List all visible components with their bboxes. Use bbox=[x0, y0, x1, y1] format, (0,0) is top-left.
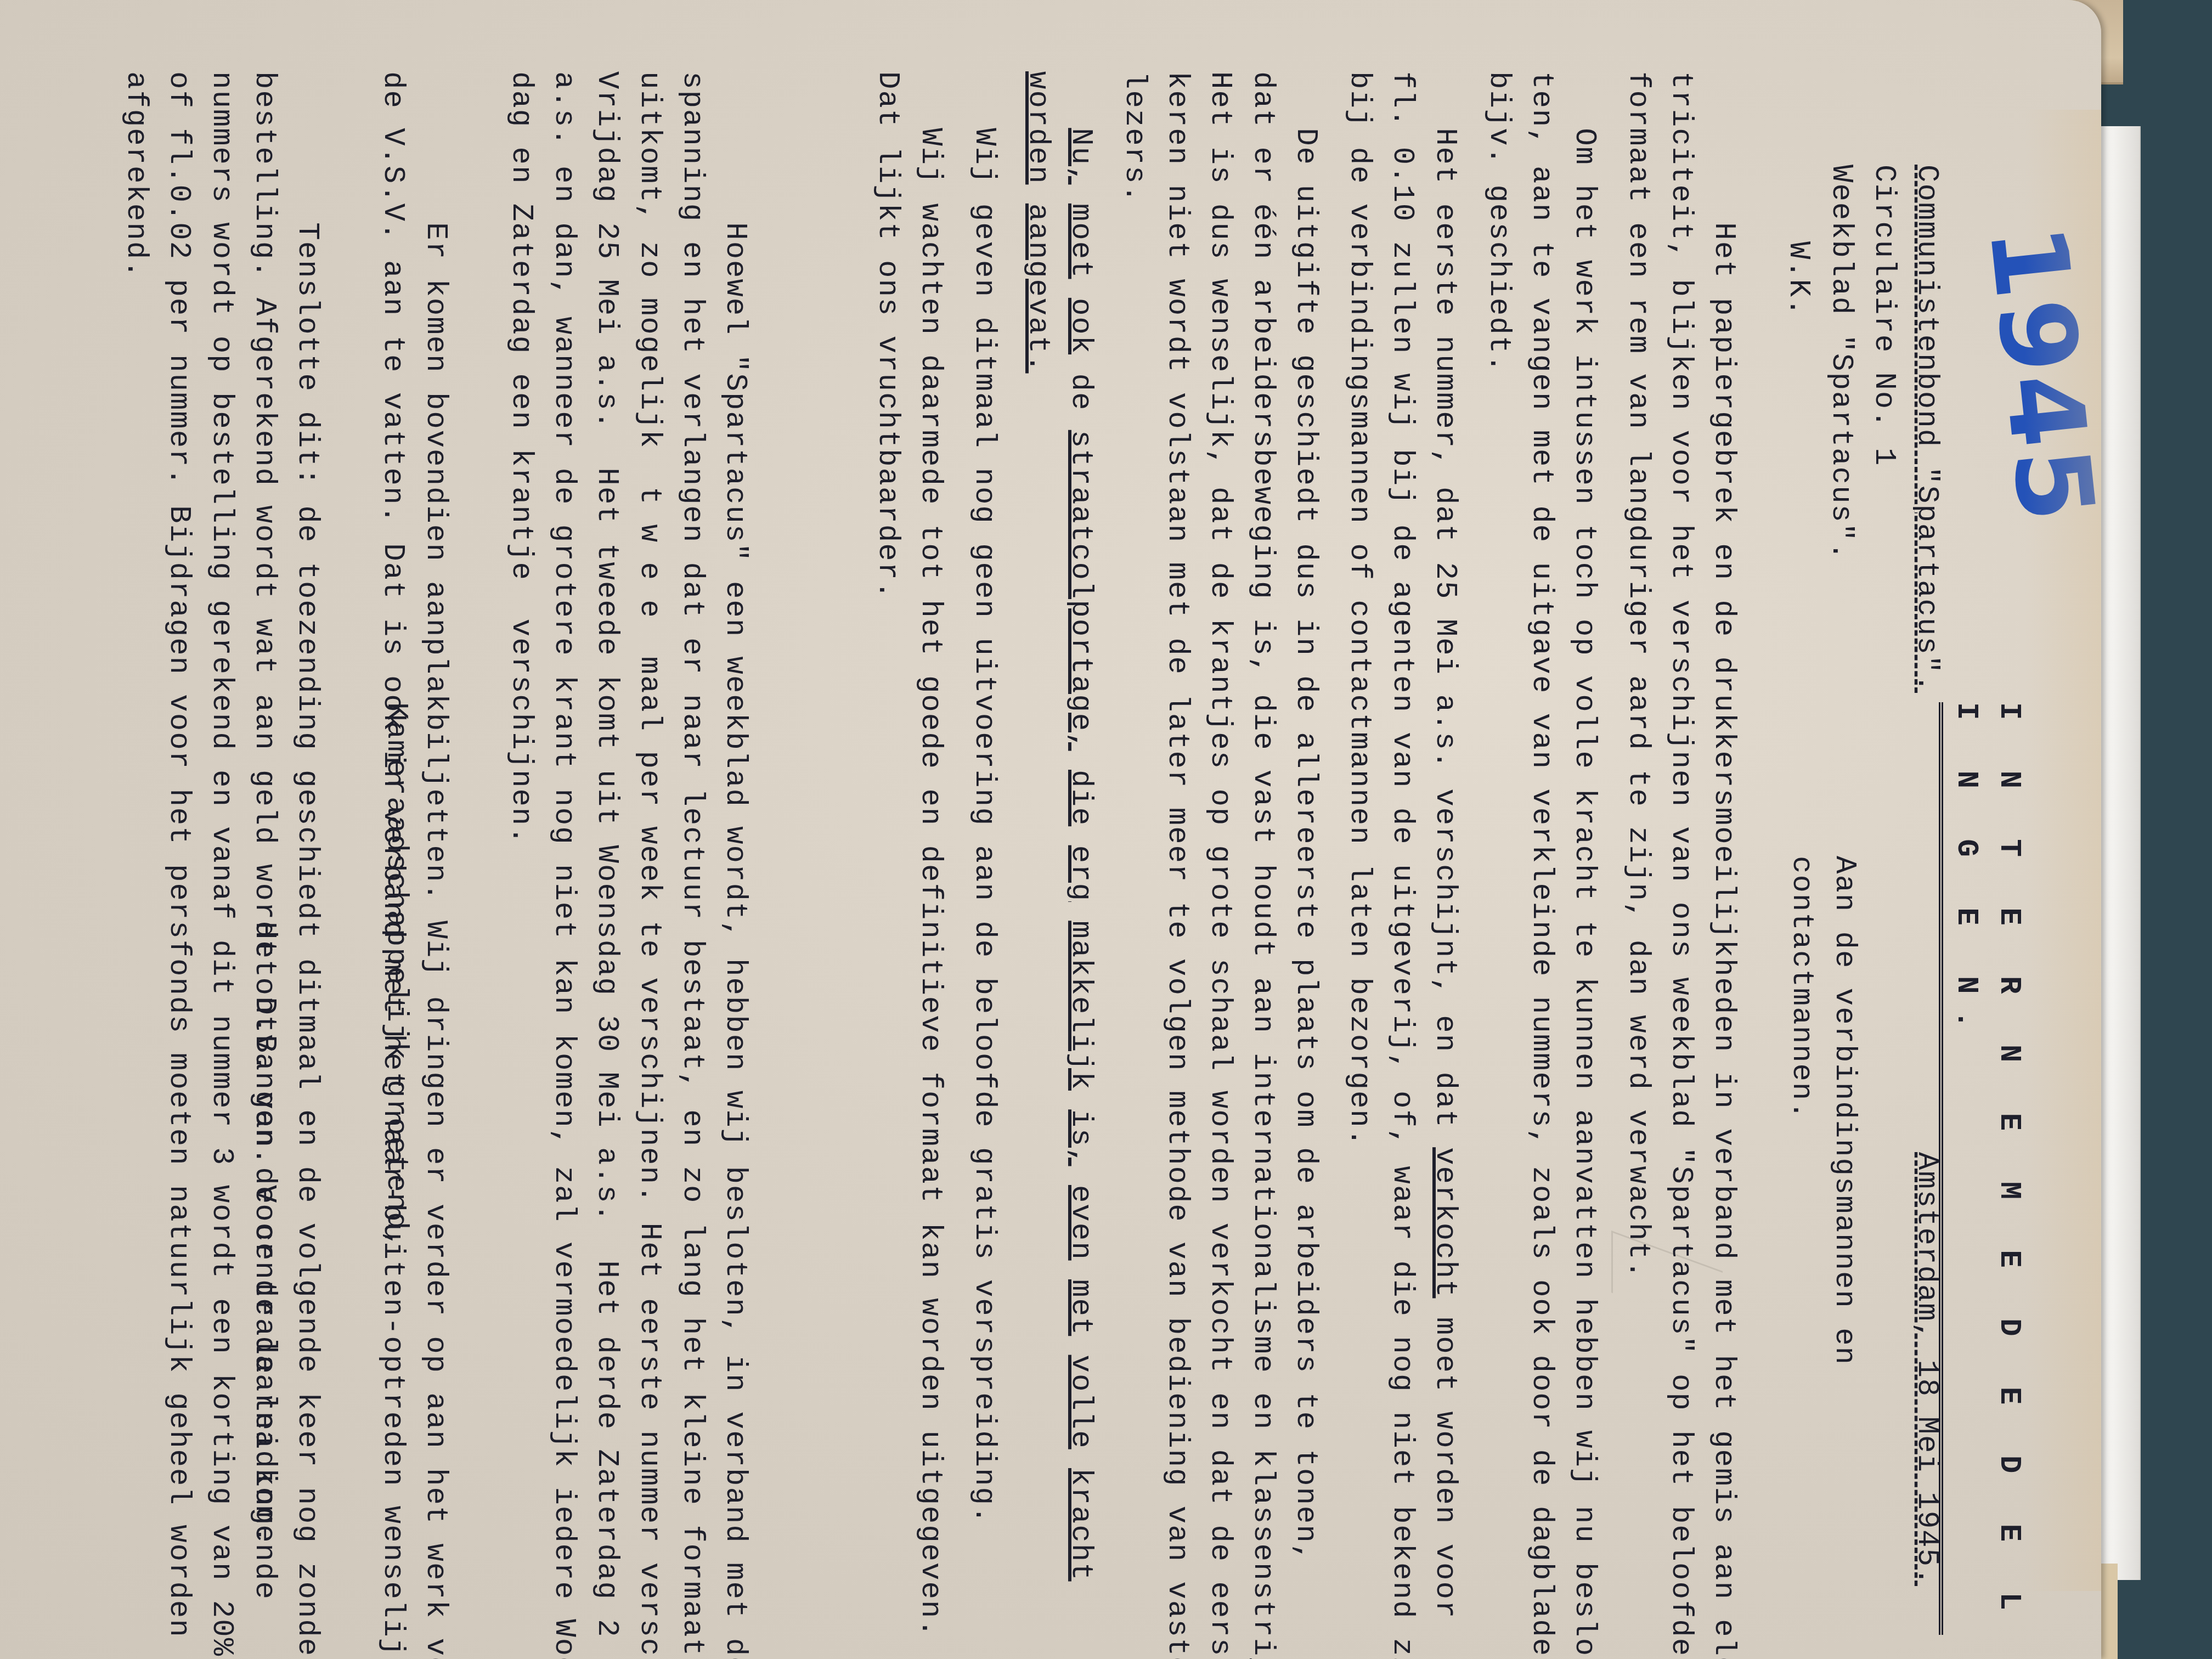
text-line: Wij geven ditmaal nog geen uitvoering aa… bbox=[962, 71, 1005, 1553]
text-line: bijv. geschiedt. bbox=[1477, 71, 1520, 1553]
text-line: keren niet wordt volstaan met de later m… bbox=[1155, 71, 1198, 1553]
text-line: nummers wordt op bestelling gerekend en … bbox=[200, 71, 242, 1553]
text-line: worden aangevat. bbox=[1016, 71, 1059, 1553]
paragraph: Nu, moet ook de straatcolportage, die er… bbox=[1016, 71, 1102, 1553]
text-line: afgerekend. bbox=[114, 71, 157, 1553]
circular-number: Circulaire No. 1 bbox=[1862, 165, 1905, 693]
text-line: dat er één arbeidersbeweging is, die vas… bbox=[1241, 71, 1284, 1553]
text-line: De uitgifte geschiedt dus in de allereer… bbox=[1284, 71, 1327, 1553]
text-line: Om het werk intussen toch op volle krach… bbox=[1562, 71, 1605, 1553]
typewritten-page: 1945 I N T E R N E M E D E D E L I N G E… bbox=[0, 0, 2101, 1659]
text-line: Er komen bovendien aanplakbiljetten. Wij… bbox=[414, 71, 456, 1553]
handwritten-year: 1945 bbox=[2005, 223, 2079, 525]
paragraph-gap bbox=[328, 71, 371, 1553]
text-line: Vrijdag 25 Mei a.s. Het tweede komt uit … bbox=[585, 71, 628, 1553]
section-gap bbox=[756, 71, 866, 1553]
wk-initials: W.K. bbox=[1776, 165, 1819, 693]
paragraph: De uitgifte geschiedt dus in de allereer… bbox=[1113, 71, 1327, 1553]
paragraph: Het papiergebrek en de drukkersmoeilijkh… bbox=[1616, 71, 1745, 1553]
paragraph: Tenslotte dit: de toezending geschiedt d… bbox=[114, 71, 328, 1553]
text-line: Hoewel "Spartacus" een weekblad wordt, h… bbox=[713, 71, 756, 1553]
text-line: Het is dus wenselijk, dat de krantjes op… bbox=[1198, 71, 1241, 1553]
paragraph: Het eerste nummer, dat 25 Mei a.s. versc… bbox=[1338, 71, 1466, 1553]
text-line: ten, aan te vangen met de uitgave van ve… bbox=[1520, 71, 1562, 1553]
text-line: of fl.0.02 per nummer. Bijdragen voor he… bbox=[157, 71, 200, 1553]
text-line: Het eerste nummer, dat 25 Mei a.s. versc… bbox=[1423, 71, 1466, 1553]
text-line: uitkomt, zo mogelijk t w e e maal per we… bbox=[628, 71, 670, 1553]
text-line: Nu, moet ook de straatcolportage, die er… bbox=[1059, 71, 1102, 1553]
text-line: triciteit, blijken voor het verschijnen … bbox=[1659, 71, 1702, 1553]
closing-greeting: Kameraadschappelijk groetend, bbox=[374, 702, 417, 1250]
text-line: spanning en het verlangen dat er naar le… bbox=[670, 71, 713, 1553]
dateline: Amsterdam, 18 Mei 1945. bbox=[1905, 1152, 1948, 1586]
paragraph-gap bbox=[456, 71, 499, 1553]
organization-name: Communistenbond "Spartacus". bbox=[1905, 165, 1948, 693]
paragraph: Wij geven ditmaal nog geen uitvoering aa… bbox=[962, 71, 1005, 1553]
text-line: dag en Zaterdag een krantje verschijnen. bbox=[499, 71, 542, 1553]
paragraph: Wij wachten daarmede tot het goede en de… bbox=[866, 71, 951, 1553]
sender-block: Communistenbond "Spartacus". Circulaire … bbox=[1776, 165, 1948, 693]
text-line: bij de verbindingsmannen of contactmanne… bbox=[1338, 71, 1380, 1553]
text-line: lezers. bbox=[1113, 71, 1155, 1553]
signature: Het D.B. van de centrale leiding. bbox=[242, 922, 285, 1544]
text-line: Dat lijkt ons vruchtbaarder. bbox=[866, 71, 909, 1553]
text-line: Tenslotte dit: de toezending geschiedt d… bbox=[285, 71, 328, 1553]
text-line: fl. 0.10 zullen wij bij de agenten van d… bbox=[1380, 71, 1423, 1553]
letter-body: Het papiergebrek en de drukkersmoeilijkh… bbox=[114, 71, 1745, 1553]
paragraph: Om het werk intussen toch op volle krach… bbox=[1477, 71, 1605, 1553]
text-line: Wij wachten daarmede tot het goede en de… bbox=[909, 71, 951, 1553]
text-line: formaat een rem van langduriger aard te … bbox=[1616, 71, 1659, 1553]
document-title: I N T E R N E M E D E D E L I N G E N. bbox=[1939, 702, 2030, 1635]
rotated-page-content: 1945 I N T E R N E M E D E D E L I N G E… bbox=[44, 44, 2074, 1635]
addressee: Aan de verbindingsmannen en contactmanne… bbox=[1780, 856, 1865, 1635]
weekly-name: Weekblad "Spartacus". bbox=[1819, 165, 1862, 693]
paragraph: Hoewel "Spartacus" een weekblad wordt, h… bbox=[499, 71, 756, 1553]
text-line: Het papiergebrek en de drukkersmoeilijkh… bbox=[1702, 71, 1745, 1553]
text-line: a.s. en dan, wanneer de grotere krant no… bbox=[542, 71, 585, 1553]
